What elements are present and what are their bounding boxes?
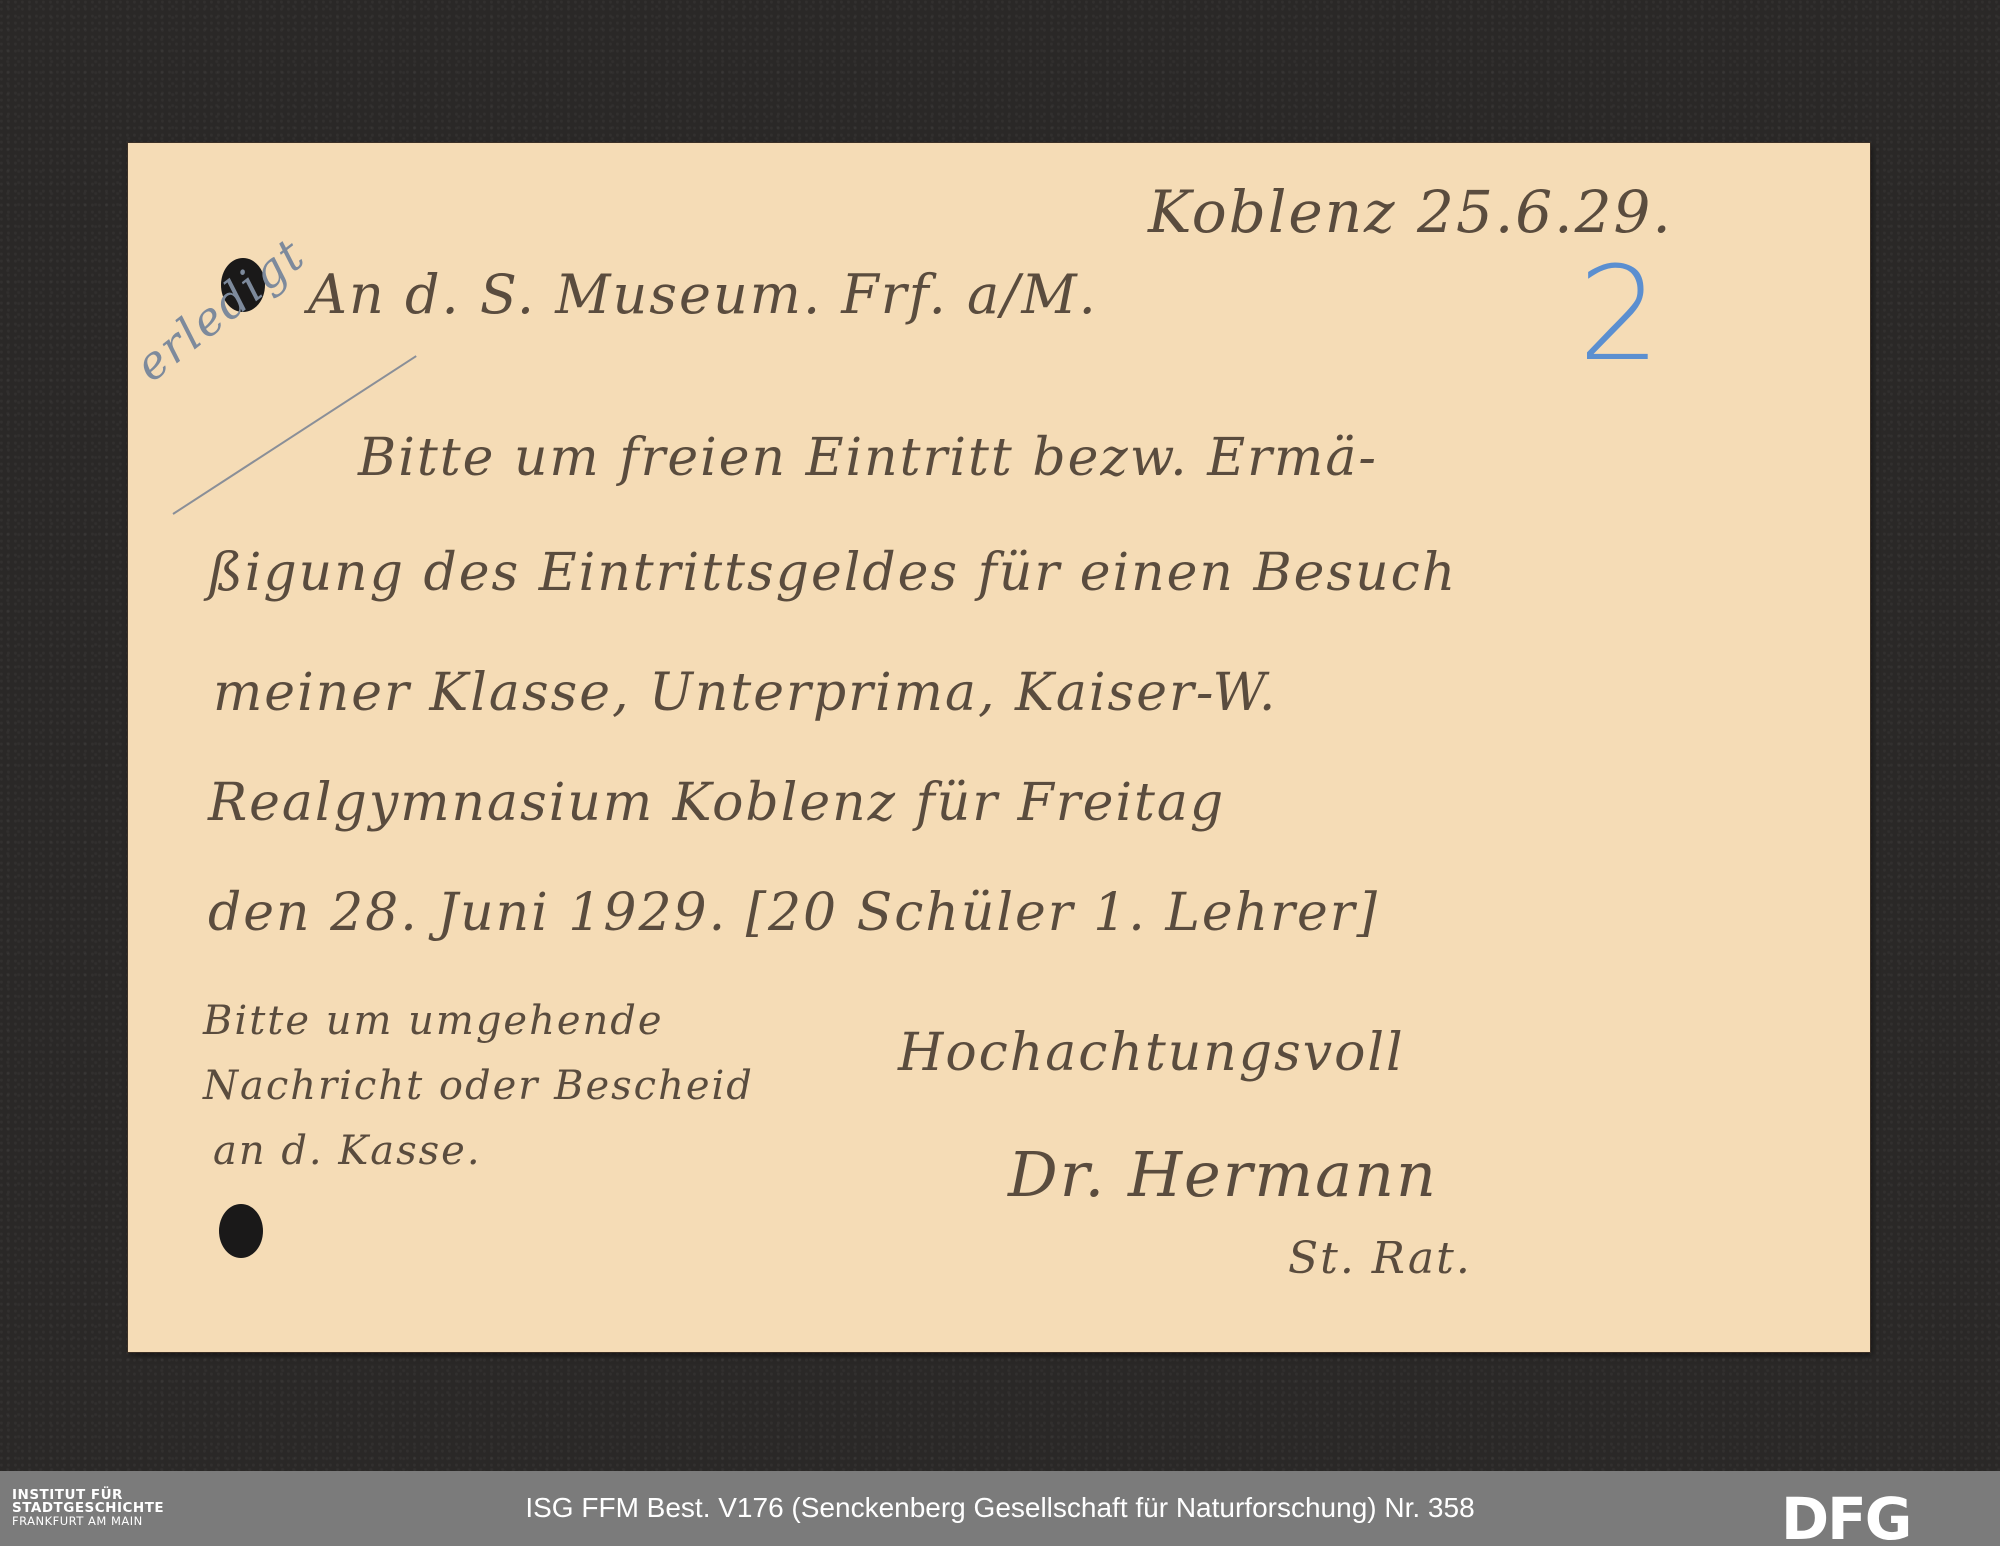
body-line-3: meiner Klasse, Unterprima, Kaiser-W.	[213, 663, 1277, 723]
archive-caption: ISG FFM Best. V176 (Senckenberg Gesellsc…	[0, 1492, 2000, 1524]
punch-hole-bottom	[219, 1204, 263, 1258]
pencil-annotation: erledigt	[125, 227, 315, 392]
body-line-5: den 28. Juni 1929. [20 Schüler 1. Lehrer…	[208, 883, 1379, 943]
signature: Dr. Hermann	[1008, 1138, 1438, 1211]
postcard: Koblenz 25.6.29. erledigt An d. S. Museu…	[128, 143, 1870, 1352]
postscript-line-3: an d. Kasse.	[213, 1128, 482, 1174]
signature-title: St. Rat.	[1288, 1233, 1472, 1284]
dfg-logo: DFG	[1781, 1493, 1910, 1545]
body-line-4: Realgymnasium Koblenz für Freitag	[208, 773, 1225, 833]
postscript-line-1: Bitte um umgehende	[203, 998, 664, 1044]
body-line-1: Bitte um freien Eintritt bezw. Ermä-	[358, 428, 1378, 488]
archive-number: 2	[1578, 238, 1663, 390]
closing: Hochachtungsvoll	[898, 1023, 1405, 1083]
body-line-2: ßigung des Eintrittsgeldes für einen Bes…	[208, 543, 1457, 603]
archive-footer: INSTITUT FÜR STADTGESCHICHTE FRANKFURT A…	[0, 1471, 2000, 1546]
addressee: An d. S. Museum. Frf. a/M.	[308, 263, 1098, 326]
postscript-line-2: Nachricht oder Bescheid	[203, 1063, 754, 1109]
place-date: Koblenz 25.6.29.	[1148, 178, 1673, 246]
